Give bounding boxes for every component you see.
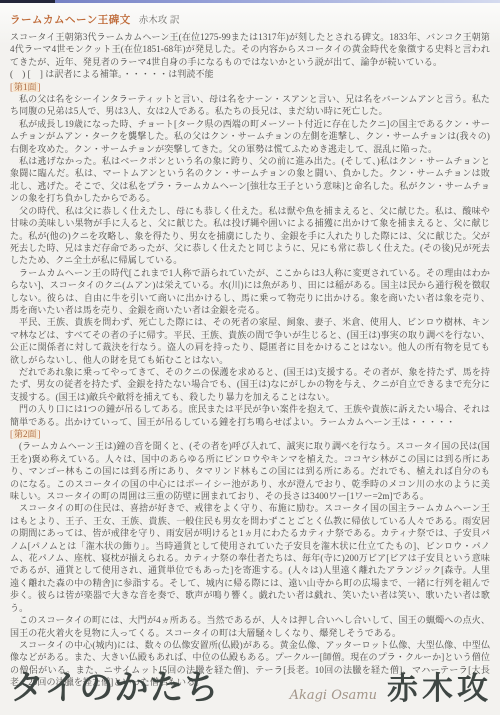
section-label-text: 第2面 (13, 429, 38, 439)
body-paragraph: 門の入り口には1つの鐘が吊るしてある。庶民または平民が争い案件を抱えて、王族や貴… (10, 403, 490, 428)
body-paragraph: このスコータイの町には、大門が4ヵ所ある。当然であるが、人々は押し合いへし合いし… (10, 614, 490, 639)
page-top-edge-dark-segment (0, 0, 55, 3)
bracket-close: ] (38, 429, 41, 439)
body-paragraph: 父の時代、私は父に恭しく仕えたし、母にも恭しく仕えた。私は獣や魚を捕まえると、父… (10, 205, 490, 267)
section-label-text: 第1面 (13, 82, 38, 92)
translator-note: ( ) [ ] は訳者による補筆。・・・・・は判読不能 (10, 68, 490, 80)
body-paragraph: 私が成長し19歳になった時、チョート[ターク県の西端の町メーソート付近に存在した… (10, 118, 490, 155)
book-footer: タイのかたち Akagi Osamu 赤木攻 (10, 660, 492, 709)
document-content: ラームカムヘーン王碑文赤木攻 訳 スコータイ王朝第3代ラームカムヘーン王(在位1… (10, 10, 490, 689)
document-header: ラームカムヘーン王碑文赤木攻 訳 (10, 10, 490, 28)
scanned-document-page: { "colors": { "page_bg": "#f3f2ef", "tex… (0, 0, 500, 715)
author-block: Akagi Osamu 赤木攻 (290, 663, 492, 708)
author-name-romaji: Akagi Osamu (290, 688, 377, 703)
translator-credit: 赤木攻 訳 (139, 15, 180, 26)
section-label-face2: [第2面] (10, 428, 490, 440)
book-title: タイのかたち (10, 660, 219, 709)
body-paragraph: 平民、王族、貴族を問わず、死亡した際には、その死者の家屋、飼象、妻子、米倉、使用… (10, 316, 490, 366)
body-paragraph: (ラームカムヘーン王は)鐘の音を聞くと、(その者を)呼び入れて、誠実に取り調べを… (10, 440, 490, 502)
body-paragraph: スコータイの町の住民は、喜捨が好きで、戒律をよく守り、布施に励む。スコータイ国の… (10, 502, 490, 614)
bracket-close: ] (38, 82, 41, 92)
body-paragraph: 私の父は名をシーインタラーティットと言い、母は名をナーン・スアンと言い、兄は名を… (10, 93, 490, 118)
section-label-face1: [第1面] (10, 81, 490, 93)
body-paragraph: ラームカムヘーン王の時代[これまで1人称で語られていたが、ここからは3人称に変更… (10, 267, 490, 317)
page-top-edge-line (0, 0, 500, 3)
document-title: ラームカムヘーン王碑文 (10, 14, 131, 26)
body-paragraph: 私は逃げなかった。私はベークポンという名の象に跨り、父の前に進み出た。(そして、… (10, 155, 490, 205)
intro-paragraph: スコータイ王朝第3代ラームカムヘーン王(在位1275-99または1317年)が刻… (10, 31, 490, 68)
body-paragraph: だれであれ象に乗ってやってきて、そのクニの保護を求めると、(国王は)支援する。そ… (10, 366, 490, 403)
author-name: 赤木攻 (387, 663, 492, 708)
